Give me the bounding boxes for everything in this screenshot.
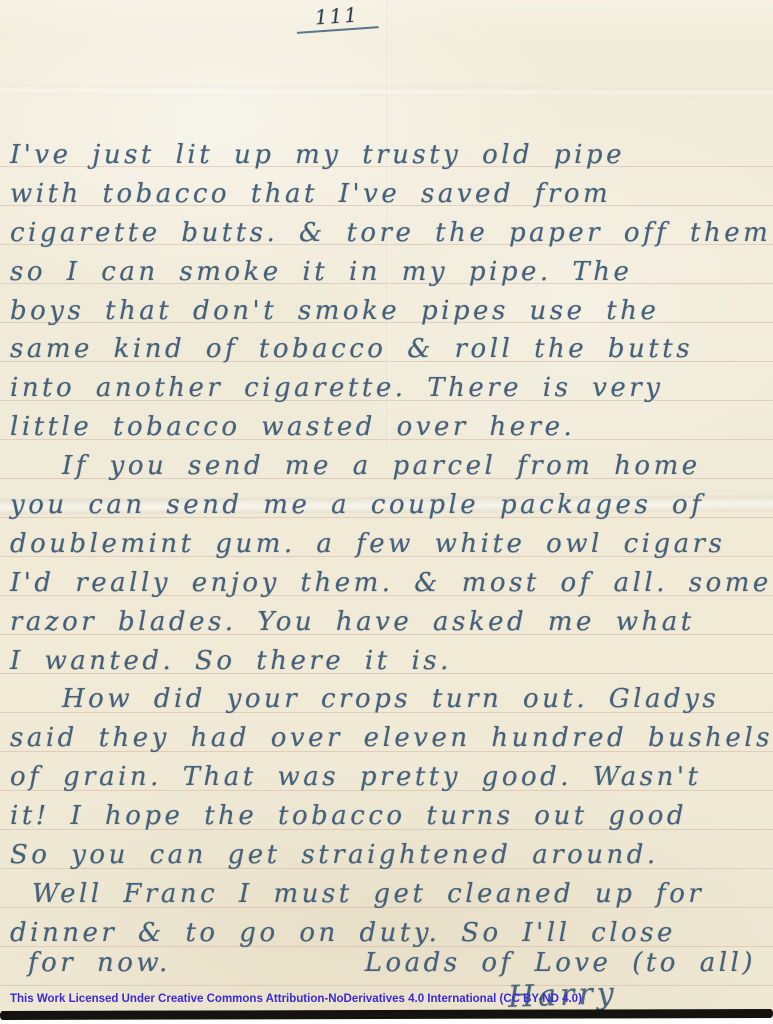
closing-for-now: for now. bbox=[10, 943, 171, 983]
letter-line: So you can get straightened around. bbox=[10, 836, 773, 875]
letter-line: I've just lit up my trusty old pipe bbox=[10, 136, 773, 175]
letter-paper: 111 I've just lit up my trusty old pipe … bbox=[0, 0, 773, 1012]
letter-line: doublemint gum. a few white owl cigars bbox=[10, 525, 773, 564]
letter-line: same kind of tobacco & roll the butts bbox=[10, 330, 773, 369]
letter-body: I've just lit up my trusty old pipe with… bbox=[10, 136, 766, 953]
letter-line: How did your crops turn out. Gladys bbox=[10, 680, 773, 719]
license-text: This Work Licensed Under Creative Common… bbox=[10, 993, 570, 1005]
letter-line: razor blades. You have asked me what bbox=[10, 603, 773, 642]
letter-line: boys that don't smoke pipes use the bbox=[10, 292, 773, 331]
letter-line: you can send me a couple packages of bbox=[10, 486, 773, 525]
letter-line: said they had over eleven hundred bushel… bbox=[10, 719, 773, 758]
letter-line: so I can smoke it in my pipe. The bbox=[10, 253, 773, 292]
letter-line: cigarette butts. & tore the paper off th… bbox=[10, 214, 773, 253]
letter-line: I wanted. So there it is. bbox=[10, 642, 773, 681]
letter-line: I'd really enjoy them. & most of all. so… bbox=[10, 564, 773, 603]
letter-line: into another cigarette. There is very bbox=[10, 369, 773, 408]
letter-line: little tobacco wasted over here. bbox=[10, 408, 773, 447]
scan-bottom-edge bbox=[0, 1009, 773, 1020]
letter-line: of grain. That was pretty good. Wasn't bbox=[10, 758, 773, 797]
upper-crease bbox=[0, 85, 773, 98]
letter-line: with tobacco that I've saved from bbox=[10, 175, 773, 214]
letter-line: it! I hope the tobacco turns out good bbox=[10, 797, 773, 836]
letter-line: If you send me a parcel from home bbox=[10, 447, 773, 486]
letter-line: Well Franc I must get cleaned up for bbox=[10, 875, 773, 914]
page-number: 111 bbox=[295, 1, 379, 34]
